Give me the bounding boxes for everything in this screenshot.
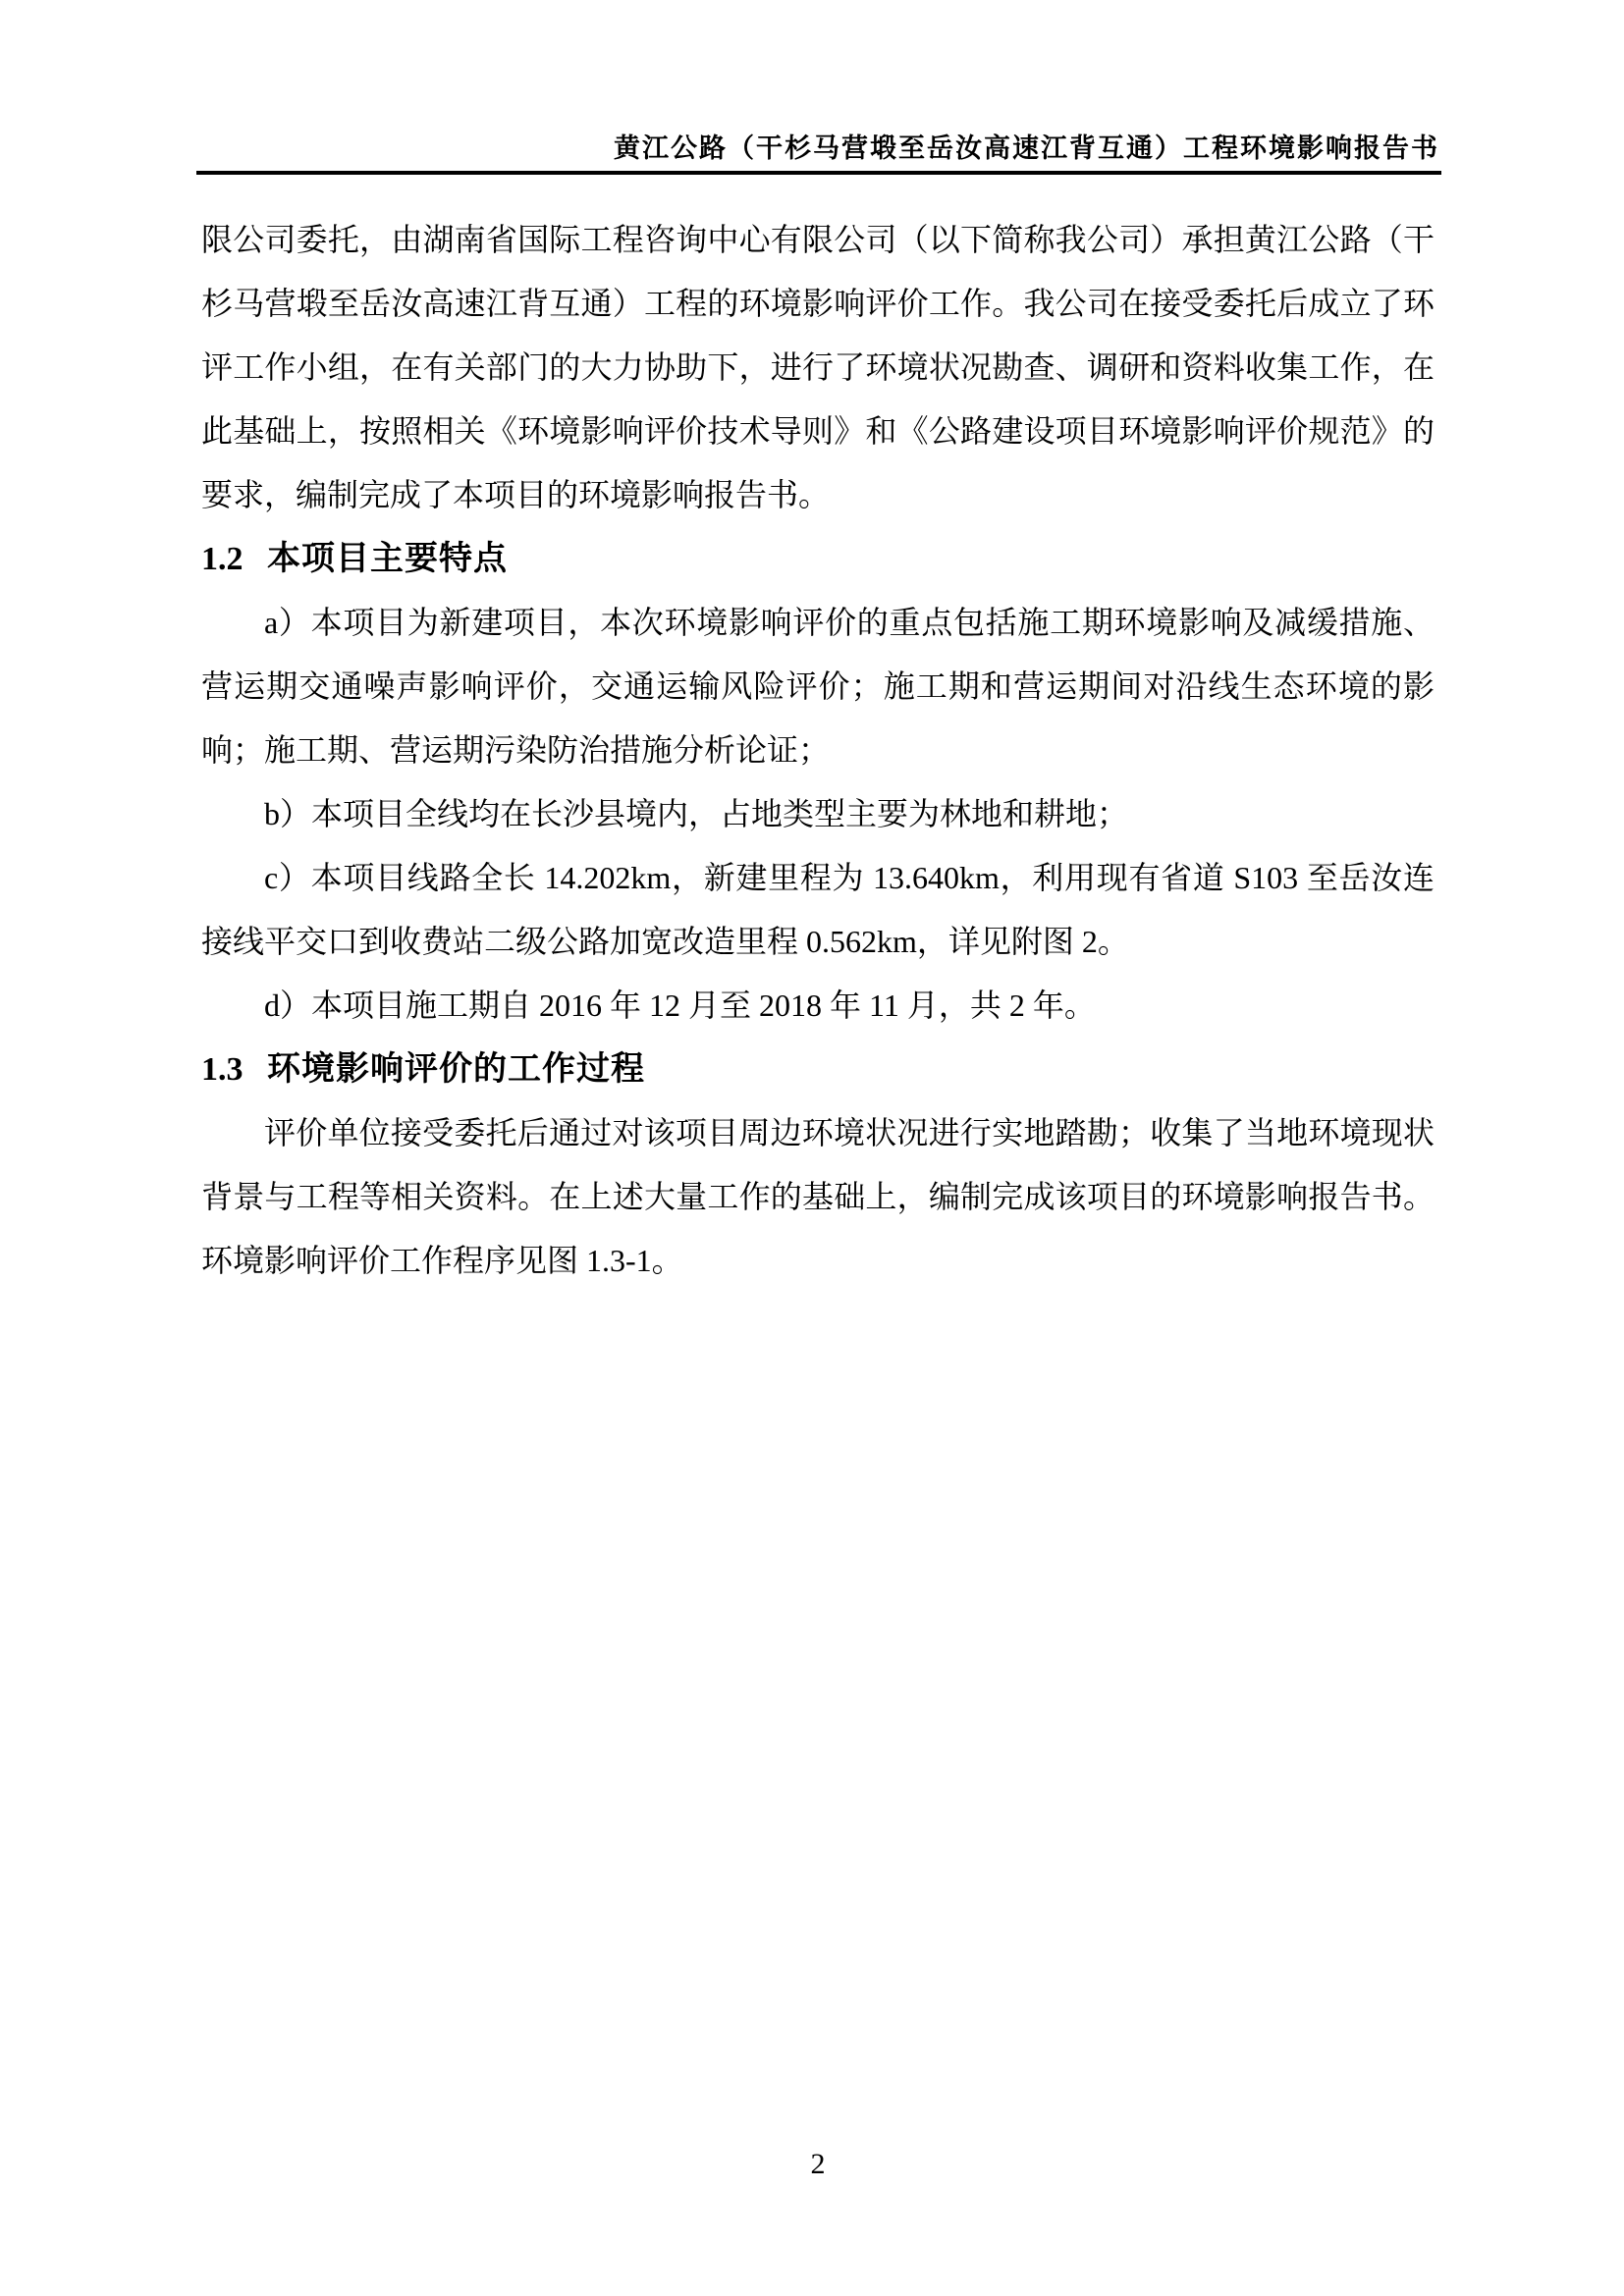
section-1-2-number: 1.2 — [201, 541, 244, 577]
paragraph-work-process: 评价单位接受委托后通过对该项目周边环境状况进行实地踏勘；收集了当地环境现状背景与… — [201, 1101, 1435, 1293]
document-page: 黄江公路（干杉马营塅至岳汝高速江背互通）工程环境影响报告书 限公司委托，由湖南省… — [0, 0, 1624, 2296]
page-number: 2 — [811, 2148, 826, 2180]
section-heading-1-3: 1.3 环境影响评价的工作过程 — [201, 1038, 1435, 1101]
paragraph-item-a: a）本项目为新建项目，本次环境影响评价的重点包括施工期环境影响及减缓措施、营运期… — [201, 591, 1435, 782]
document-body: 限公司委托，由湖南省国际工程咨询中心有限公司（以下简称我公司）承担黄江公路（干杉… — [201, 208, 1435, 1293]
section-1-2-title: 本项目主要特点 — [267, 540, 508, 577]
section-1-3-title: 环境影响评价的工作过程 — [267, 1050, 645, 1088]
running-header-title: 黄江公路（干杉马营塅至岳汝高速江背互通）工程环境影响报告书 — [196, 132, 1439, 165]
paragraph-item-d: d）本项目施工期自 2016 年 12 月至 2018 年 11 月，共 2 年… — [201, 974, 1435, 1038]
section-heading-1-2: 1.2 本项目主要特点 — [201, 527, 1435, 591]
paragraph-item-c: c）本项目线路全长 14.202km，新建里程为 13.640km，利用现有省道… — [201, 846, 1435, 974]
page-footer: 2 — [201, 2145, 1435, 2184]
paragraph-intro-continuation: 限公司委托，由湖南省国际工程咨询中心有限公司（以下简称我公司）承担黄江公路（干杉… — [201, 208, 1435, 527]
paragraph-item-b: b）本项目全线均在长沙县境内，占地类型主要为林地和耕地； — [201, 782, 1435, 846]
header-rule — [196, 171, 1441, 175]
section-1-3-number: 1.3 — [201, 1051, 244, 1088]
